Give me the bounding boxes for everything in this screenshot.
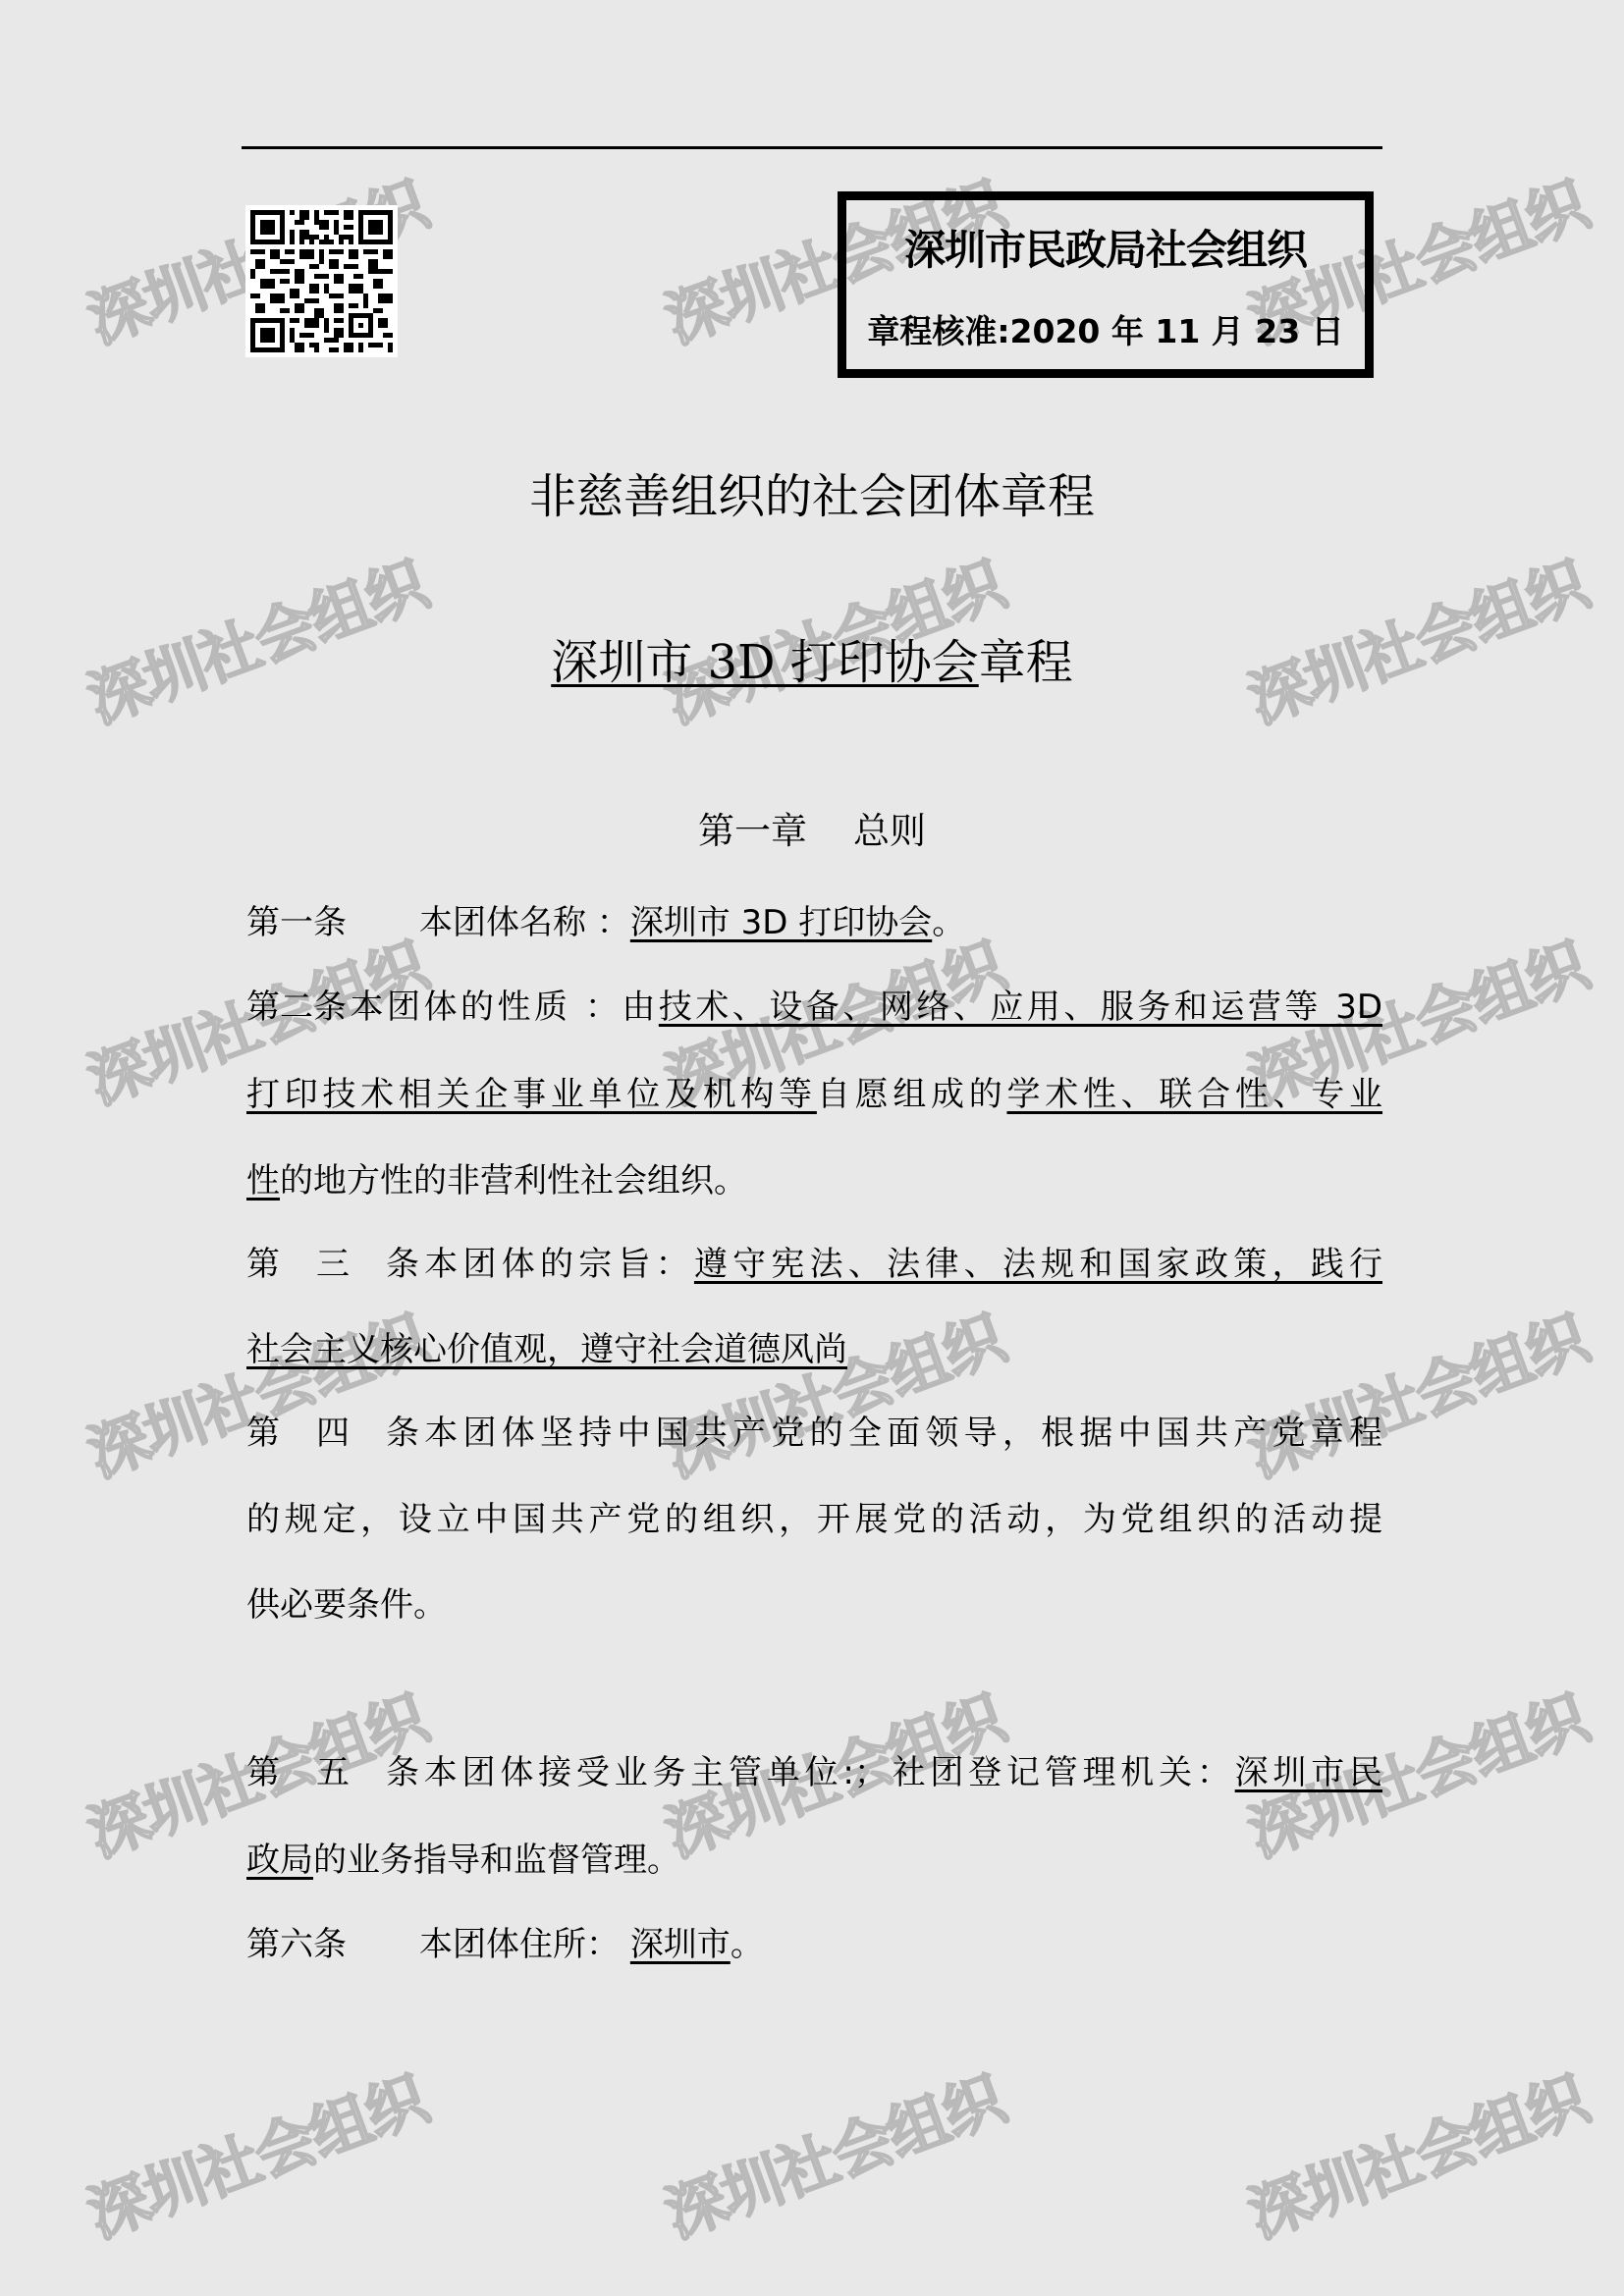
article-label: 第六条 bbox=[246, 1925, 419, 1964]
subtitle-suffix: 章程 bbox=[979, 635, 1073, 690]
underlined-text: 学术性、联合性、专业 bbox=[1007, 1075, 1383, 1114]
qr-code[interactable] bbox=[245, 205, 398, 357]
stamp-approval-date: 章程核准:2020 年 11 月 23 日 bbox=[846, 312, 1365, 351]
underlined-text: 技术、设备、网络、应用、服务和运营等 3D bbox=[659, 988, 1382, 1027]
article-text: 供必要条件。 bbox=[246, 1585, 447, 1625]
article-3-line-2: 社会主义核心价值观，遵守社会道德风尚 bbox=[246, 1330, 1382, 1369]
stamp-approval-value: 2020 年 11 月 23 日 bbox=[1010, 312, 1344, 350]
article-text: 。 bbox=[932, 903, 965, 942]
stamp-approval-label: 章程核准: bbox=[867, 312, 1009, 350]
qr-code-icon bbox=[250, 210, 393, 352]
article-text: 的地方性的非营利性社会组织。 bbox=[280, 1161, 747, 1201]
document-title: 非慈善组织的社会团体章程 bbox=[0, 467, 1624, 526]
article-4-line-3: 供必要条件。 bbox=[246, 1585, 1382, 1625]
article-text: 的业务指导和监督管理。 bbox=[313, 1841, 680, 1880]
underlined-text: 深圳市 3D 打印协会 bbox=[630, 903, 932, 942]
article-label: 第二条 bbox=[246, 988, 347, 1027]
article-2-line-3: 性的地方性的非营利性社会组织。 bbox=[246, 1161, 1382, 1201]
article-4-line-1: 第四条本团体坚持中国共产党的全面领导，根据中国共产党章程 bbox=[246, 1414, 1382, 1453]
article-text: 本团体坚持中国共产党的全面领导，根据中国共产党章程 bbox=[419, 1414, 1382, 1453]
approval-stamp: 深圳市民政局社会组织 章程核准:2020 年 11 月 23 日 bbox=[838, 191, 1374, 378]
chapter-name: 总则 bbox=[853, 810, 926, 852]
article-text: 本团体的性质 ：由 bbox=[347, 988, 659, 1027]
article-1-line-1: 第一条本团体名称 ：深圳市 3D 打印协会。 bbox=[246, 903, 1382, 942]
article-label: 第一条 bbox=[246, 903, 419, 942]
underlined-text: 遵守宪法、法律、法规和国家政策，践行 bbox=[694, 1245, 1382, 1284]
underlined-text: 打印技术相关企事业单位及机构等 bbox=[246, 1075, 817, 1114]
article-2-line-1: 第二条本团体的性质 ：由技术、设备、网络、应用、服务和运营等 3D bbox=[246, 988, 1382, 1027]
article-3-line-1: 第三条本团体的宗旨：遵守宪法、法律、法规和国家政策，践行 bbox=[246, 1245, 1382, 1284]
article-label: 第三条 bbox=[246, 1245, 419, 1284]
article-5-line-2: 政局的业务指导和监督管理。 bbox=[246, 1841, 1382, 1880]
document-subtitle: 深圳市 3D 打印协会章程 bbox=[0, 633, 1624, 692]
chapter-heading: 第一章 总则 bbox=[0, 810, 1624, 853]
underlined-text: 性 bbox=[246, 1161, 280, 1201]
chapter-number: 第一章 bbox=[698, 810, 807, 852]
underlined-text: 深圳市 bbox=[630, 1925, 731, 1964]
article-text: 自愿组成的 bbox=[817, 1075, 1007, 1114]
article-text: 的规定，设立中国共产党的组织，开展党的活动，为党组织的活动提 bbox=[246, 1500, 1382, 1539]
article-text: 本团体住所： bbox=[419, 1925, 630, 1964]
underlined-text: 社会主义核心价值观，遵守社会道德风尚 bbox=[246, 1330, 847, 1369]
article-text: 。 bbox=[731, 1925, 764, 1964]
article-6-line-1: 第六条本团体住所： 深圳市。 bbox=[246, 1925, 1382, 1964]
article-label: 第五条 bbox=[246, 1753, 419, 1792]
header-rule bbox=[242, 146, 1382, 149]
article-text: 本团体名称 ： bbox=[419, 903, 630, 942]
stamp-title: 深圳市民政局社会组织 bbox=[846, 226, 1365, 275]
article-2-line-2: 打印技术相关企事业单位及机构等自愿组成的学术性、联合性、专业 bbox=[246, 1075, 1382, 1114]
article-text: 本团体的宗旨： bbox=[419, 1245, 694, 1284]
article-4-line-2: 的规定，设立中国共产党的组织，开展党的活动，为党组织的活动提 bbox=[246, 1500, 1382, 1539]
article-label: 第四条 bbox=[246, 1414, 419, 1453]
underlined-text: 深圳市民 bbox=[1235, 1753, 1382, 1792]
document-page: 深圳市民政局社会组织 章程核准:2020 年 11 月 23 日 非慈善组织的社… bbox=[0, 0, 1624, 2296]
article-5-line-1: 第五条本团体接受业务主管单位:；社团登记管理机关：深圳市民 bbox=[246, 1753, 1382, 1792]
article-text: 本团体接受业务主管单位:；社团登记管理机关： bbox=[419, 1753, 1235, 1792]
organization-name: 深圳市 3D 打印协会 bbox=[551, 635, 979, 690]
underlined-text: 政局 bbox=[246, 1841, 313, 1880]
